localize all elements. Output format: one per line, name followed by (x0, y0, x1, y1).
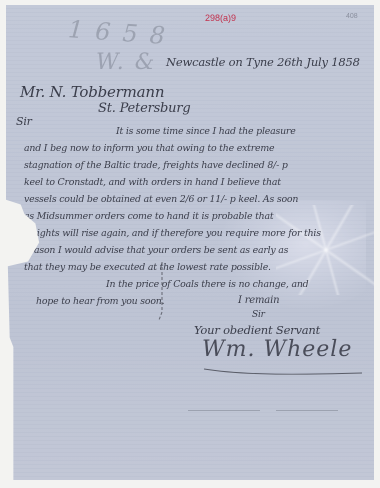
body-line: hope to hear from you soon. (36, 296, 164, 307)
place-date: Newcastle on Tyne 26th July 1858 (166, 55, 360, 69)
body-line: freights will rise again, and if therefo… (24, 228, 321, 239)
paper-ruling (6, 5, 374, 480)
folio-number: 408 (346, 13, 358, 20)
letterhead-flourish: W. & (96, 50, 156, 75)
recipient-name: Mr. N. Tobbermann (20, 83, 164, 101)
recipient-city: St. Petersburg (98, 101, 191, 116)
letter-paper: 298(a)9 408 1658 W. & Newcastle on Tyne … (6, 5, 374, 480)
signature: Wm. Wheele (202, 337, 352, 362)
archive-reference-stamp: 298(a)9 (205, 13, 236, 23)
salutation: Sir (16, 115, 32, 128)
body-line: stagnation of the Baltic trade, freights… (24, 160, 288, 171)
body-line: In the price of Coals there is no change… (106, 279, 308, 290)
signature-underline-flourish (202, 365, 372, 379)
faint-rule (276, 410, 338, 411)
closing-line-2: Sir (252, 310, 265, 320)
closing-line-3: Your obedient Servant (194, 323, 320, 337)
closing-line-1: I remain (238, 295, 279, 306)
body-line: and I beg now to inform you that owing t… (24, 143, 274, 154)
faint-rule (188, 410, 260, 411)
body-line: season I would advise that your orders b… (24, 245, 288, 256)
body-line: as Midsummer orders come to hand it is p… (24, 211, 273, 222)
scanned-letter: 298(a)9 408 1658 W. & Newcastle on Tyne … (0, 0, 380, 488)
faint-ghost-number: 1658 (67, 15, 178, 51)
body-line: vessels could be obtained at even 2/6 or… (24, 194, 298, 205)
body-line: that they may be executed at the lowest … (24, 262, 271, 273)
body-line: keel to Cronstadt, and with orders in ha… (24, 177, 281, 188)
body-line: It is some time since I had the pleasure (116, 126, 296, 137)
